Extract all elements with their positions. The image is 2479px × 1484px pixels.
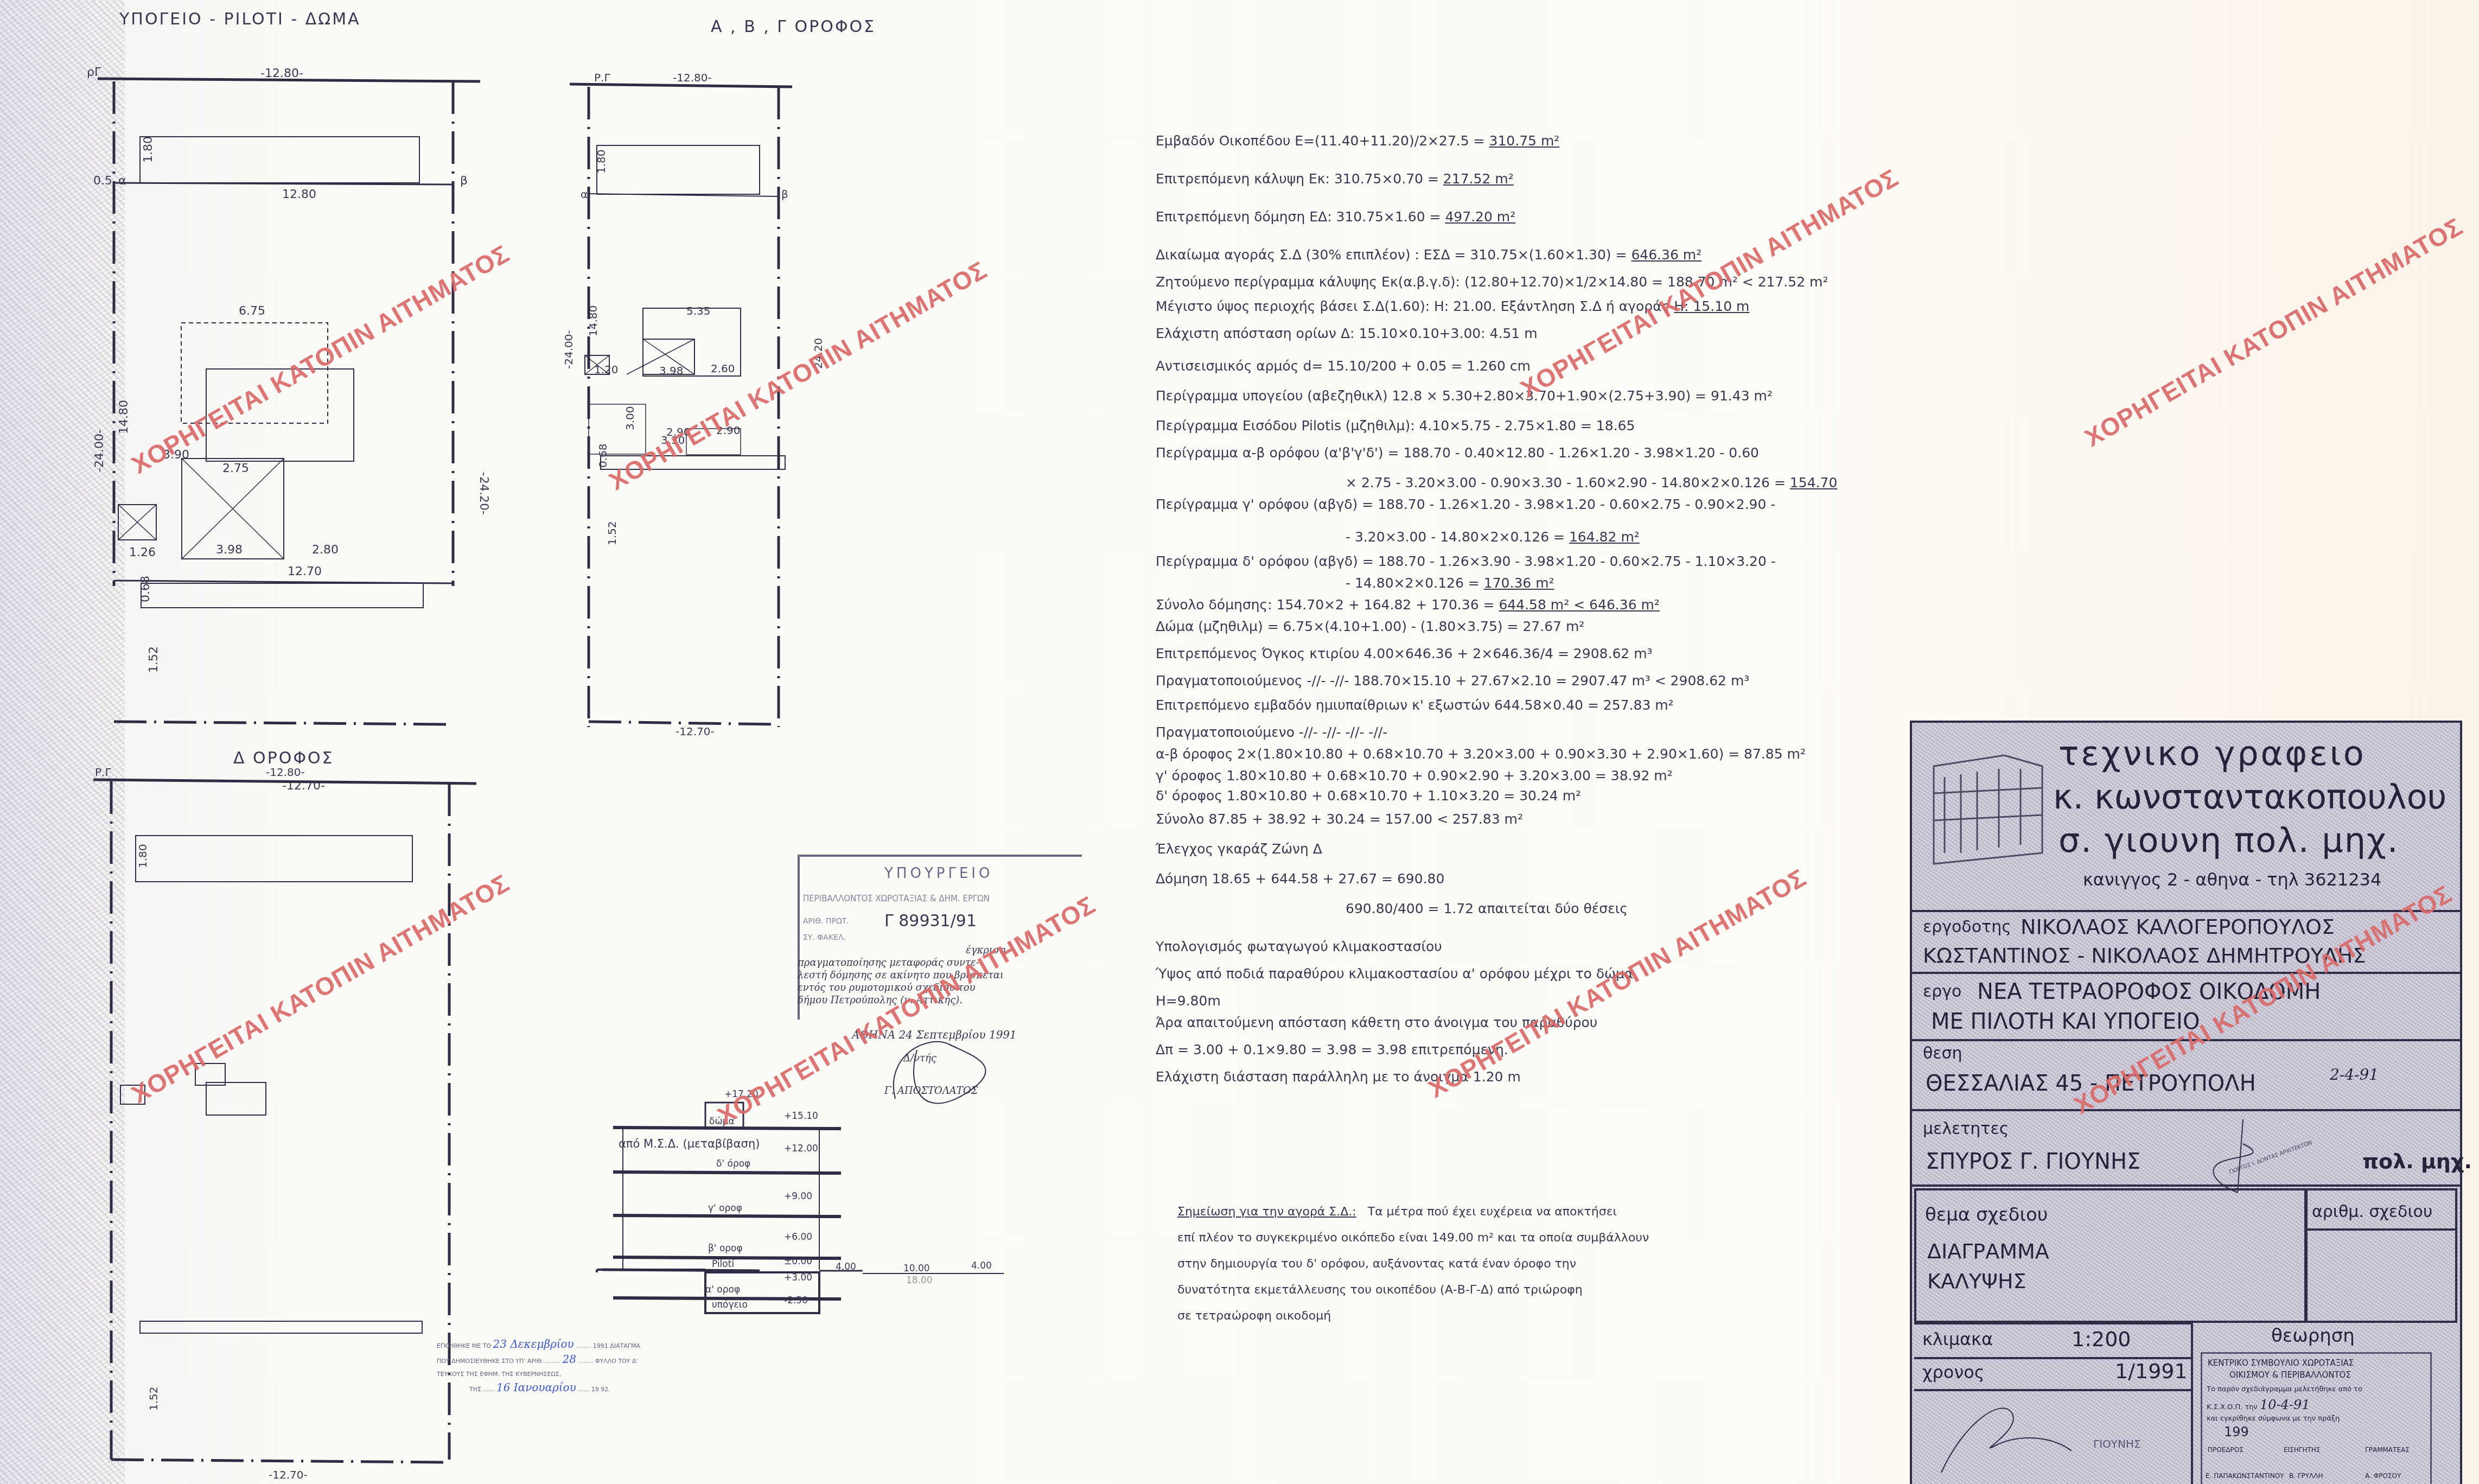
approval-stamp: ΕΓΚΡΙΘΗΚΕ ΜΕ ΤΟ 23 Δεκεμβρίου ........ 1… <box>437 1337 640 1396</box>
svg-text:δ' όροφ: δ' όροφ <box>716 1158 750 1169</box>
drawing-number-section: αριθμ. σχεδιου <box>2305 1188 2457 1323</box>
calc-line: Επιτρεπόμενο εμβαδόν ημιυπαίθριων κ' εξω… <box>1156 697 1674 713</box>
note: Σημείωση για την αγορά Σ.Δ.: Τα μέτρα πο… <box>1177 1199 1649 1329</box>
calc-line: Πραγματοποιούμενο -//- -//- -//- -//- <box>1156 724 1387 740</box>
calc-line: Περίγραμμα υπογείου (αβεζηθικλ) 12.8 × 5… <box>1156 388 1773 404</box>
ref-number: Γ 89931/91 <box>884 912 977 931</box>
svg-text:Ρ.Γ: Ρ.Γ <box>594 71 610 84</box>
calc-line: Έλεγχος γκαράζ Ζώνη Δ <box>1156 841 1322 857</box>
subject-section: θεμα σχεδιου ΔΙΑΓΡΑΜΜΑ ΚΑΛΥΨΗΣ <box>1914 1188 2306 1323</box>
svg-text:α' οροφ: α' οροφ <box>705 1284 740 1295</box>
svg-text:+3.00: +3.00 <box>784 1272 812 1283</box>
svg-text:±0.00: ±0.00 <box>784 1256 812 1267</box>
svg-text:+12.00: +12.00 <box>784 1143 818 1154</box>
svg-text:-12.80-: -12.80- <box>673 71 712 84</box>
calc-line: 690.80/400 = 1.72 απαιτείται δύο θέσεις <box>1346 901 1628 916</box>
calc-line: Υπολογισμός φωταγωγού κλιμακοστασίου <box>1156 939 1442 954</box>
svg-text:10.00: 10.00 <box>903 1263 930 1274</box>
svg-text:5.35: 5.35 <box>686 304 711 317</box>
calc-line: Επιτρεπόμενος Όγκος κτιρίου 4.00×646.36 … <box>1156 646 1653 661</box>
svg-text:α: α <box>581 188 588 201</box>
calc-line: Δπ = 3.00 + 0.1×9.80 = 3.98 = 3.98 επιτρ… <box>1156 1042 1508 1058</box>
calc-line: Δόμηση 18.65 + 644.58 + 27.67 = 690.80 <box>1156 871 1444 887</box>
svg-text:1.80: 1.80 <box>136 844 149 868</box>
calc-line: Επιτρεπόμενη δόμηση ΕΔ: 310.75×1.60 = 49… <box>1156 209 1515 225</box>
watermark: ΧΟΡΗΓΕΙΤΑΙ ΚΑΤΟΠΙΝ ΑΙΤΗΜΑΤΟΣ <box>1423 863 1811 1104</box>
svg-text:-24.00-: -24.00- <box>562 330 575 369</box>
svg-text:1.20: 1.20 <box>594 363 619 376</box>
svg-text:0.68: 0.68 <box>596 443 609 468</box>
title-block: τεχνικο γραφειο κ. κωνσταντακοπουλου σ. … <box>1910 721 2462 1484</box>
calc-line: Εμβαδόν Οικοπέδου Ε=(11.40+11.20)/2×27.5… <box>1156 133 1559 149</box>
calc-line: - 3.20×3.00 - 14.80×2×0.126 = 164.82 m² <box>1346 529 1640 545</box>
svg-text:υπόγειο: υπόγειο <box>712 1300 748 1310</box>
calc-line: Ύψος από ποδιά παραθύρου κλιμακοστασίου … <box>1156 966 1633 982</box>
calc-line: Δώμα (μζηθιλμ) = 6.75×(4.10+1.00) - (1.8… <box>1156 619 1584 634</box>
section-drawing: +17.20 δώμα +15.10 από Μ.Σ.Δ. (μεταβίβασ… <box>597 1085 1031 1335</box>
calc-line: Πραγματοποιούμενος -//- -//- 188.70×15.1… <box>1156 673 1749 689</box>
calc-line: Η=9.80m <box>1156 993 1221 1009</box>
plan-floor-d-drawing: -12.80- Ρ.Γ 1.80 1.52 -12.70- <box>0 0 543 1484</box>
calc-line: Ελάχιστη απόσταση ορίων Δ: 15.10×0.10+3.… <box>1156 326 1538 341</box>
svg-text:1.52: 1.52 <box>147 1386 160 1411</box>
calc-line: γ' όροφος 1.80×10.80 + 0.68×10.70 + 0.90… <box>1156 768 1673 784</box>
svg-text:Ρ.Γ: Ρ.Γ <box>95 766 111 779</box>
svg-text:+9.00: +9.00 <box>784 1191 812 1202</box>
designers-section: μελετητες ΣΠΥΡΟΣ Γ. ΓΙΟΥΝΗΣ ΓΙΩΡΓΟΣ Ι. Δ… <box>1912 1111 2460 1187</box>
svg-text:-12.80-: -12.80- <box>266 766 305 779</box>
svg-text:1.80: 1.80 <box>595 149 608 174</box>
building-logo-icon <box>1923 744 2048 869</box>
calc-line: Αντισεισμικός αρμός d= 15.10/200 + 0.05 … <box>1156 358 1531 374</box>
svg-text:3.00: 3.00 <box>623 406 636 430</box>
svg-text:-12.70-: -12.70- <box>269 1468 308 1481</box>
signature-icon <box>884 1034 1020 1104</box>
svg-text:+15.10: +15.10 <box>784 1111 818 1122</box>
watermark: ΧΟΡΗΓΕΙΤΑΙ ΚΑΤΟΠΙΝ ΑΙΤΗΜΑΤΟΣ <box>2080 212 2468 453</box>
scale-row: κλιμακα 1:200 <box>1914 1322 2191 1359</box>
signature-icon <box>2205 1117 2292 1198</box>
svg-text:γ' οροφ: γ' οροφ <box>708 1203 742 1214</box>
calc-line: Σύνολο δόμησης: 154.70×2 + 164.82 + 170.… <box>1156 597 1660 613</box>
svg-text:4.00: 4.00 <box>971 1260 992 1271</box>
designer-signature-stamp: ΓΙΟΥΝΗΣ <box>1914 1391 2191 1483</box>
office-header: τεχνικο γραφειο κ. κωνσταντακοπουλου σ. … <box>1912 723 2460 910</box>
svg-text:β: β <box>781 188 788 201</box>
svg-text:-12.70-: -12.70- <box>675 725 715 738</box>
calc-line: × 2.75 - 3.20×3.00 - 0.90×3.30 - 1.60×2.… <box>1346 475 1837 491</box>
svg-text:14.80: 14.80 <box>587 305 600 336</box>
svg-text:+6.00: +6.00 <box>784 1232 812 1243</box>
review-section: θεωρηση ΚΕΝΤΡΙΚΟ ΣΥΜΒΟΥΛΙΟ ΧΩΡΟΤΑΞΙΑΣ ΟΙ… <box>2195 1322 2456 1484</box>
signature-icon <box>1930 1391 2093 1478</box>
calc-line: δ' όροφος 1.80×10.80 + 0.68×10.70 + 1.10… <box>1156 788 1581 804</box>
svg-text:18.00: 18.00 <box>906 1275 933 1286</box>
calc-line: α-β όροφος 2×(1.80×10.80 + 0.68×10.70 + … <box>1156 746 1806 762</box>
calc-line: Δικαίωμα αγοράς Σ.Δ (30% επιπλέον) : ΕΣΔ… <box>1156 247 1701 263</box>
svg-text:1.52: 1.52 <box>606 521 619 545</box>
calc-line: Επιτρεπόμενη κάλυψη Εκ: 310.75×0.70 = 21… <box>1156 171 1514 187</box>
review-stamp: ΚΕΝΤΡΙΚΟ ΣΥΜΒΟΥΛΙΟ ΧΩΡΟΤΑΞΙΑΣ ΟΙΚΙΣΜΟΥ &… <box>2201 1352 2432 1484</box>
svg-text:3.98: 3.98 <box>659 364 684 377</box>
svg-text:β' οροφ: β' οροφ <box>708 1243 743 1254</box>
year-row: χρονος 1/1991 <box>1914 1356 2191 1391</box>
calc-line: Σύνολο 87.85 + 38.92 + 30.24 = 157.00 < … <box>1156 811 1523 827</box>
calc-line: Περίγραμμα δ' ορόφου (αβγδ) = 188.70 - 1… <box>1156 553 1776 569</box>
svg-text:-2.50: -2.50 <box>784 1295 808 1306</box>
svg-text:2.60: 2.60 <box>711 362 735 375</box>
svg-text:4.00: 4.00 <box>836 1262 856 1272</box>
calc-line: Περίγραμμα α-β ορόφου (α'β'γ'δ') = 188.7… <box>1156 445 1759 461</box>
calc-line: Περίγραμμα Εισόδου Pilotis (μζηθιλμ): 4.… <box>1156 418 1635 434</box>
svg-text:Pilotí: Pilotí <box>712 1259 735 1270</box>
calc-line: Περίγραμμα γ' ορόφου (αβγδ) = 188.70 - 1… <box>1156 496 1775 512</box>
calc-line: - 14.80×2×0.126 = 170.36 m² <box>1346 575 1554 591</box>
svg-text:από Μ.Σ.Δ. (μεταβίβαση): από Μ.Σ.Δ. (μεταβίβαση) <box>619 1137 760 1150</box>
